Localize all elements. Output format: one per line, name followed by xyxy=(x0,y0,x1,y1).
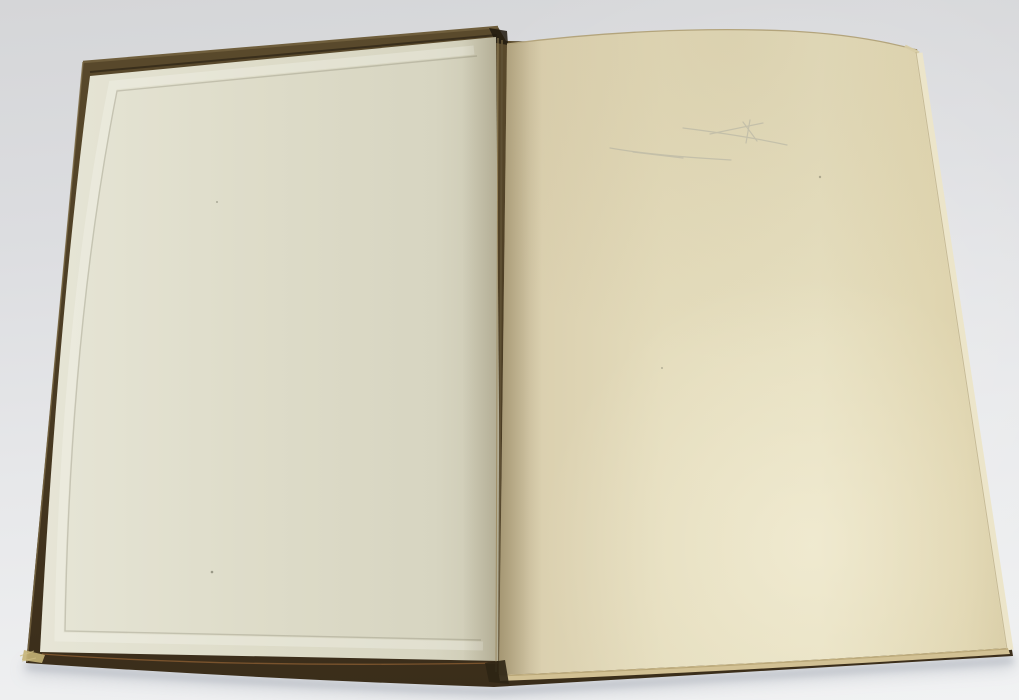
paper-speck xyxy=(211,571,214,574)
paper-speck xyxy=(819,176,821,178)
book-photo-canvas xyxy=(0,0,1019,700)
book-photograph: Photograph of an open vintage hardcover … xyxy=(0,0,1019,700)
paper-speck xyxy=(661,367,663,369)
paper-speck xyxy=(216,201,218,203)
